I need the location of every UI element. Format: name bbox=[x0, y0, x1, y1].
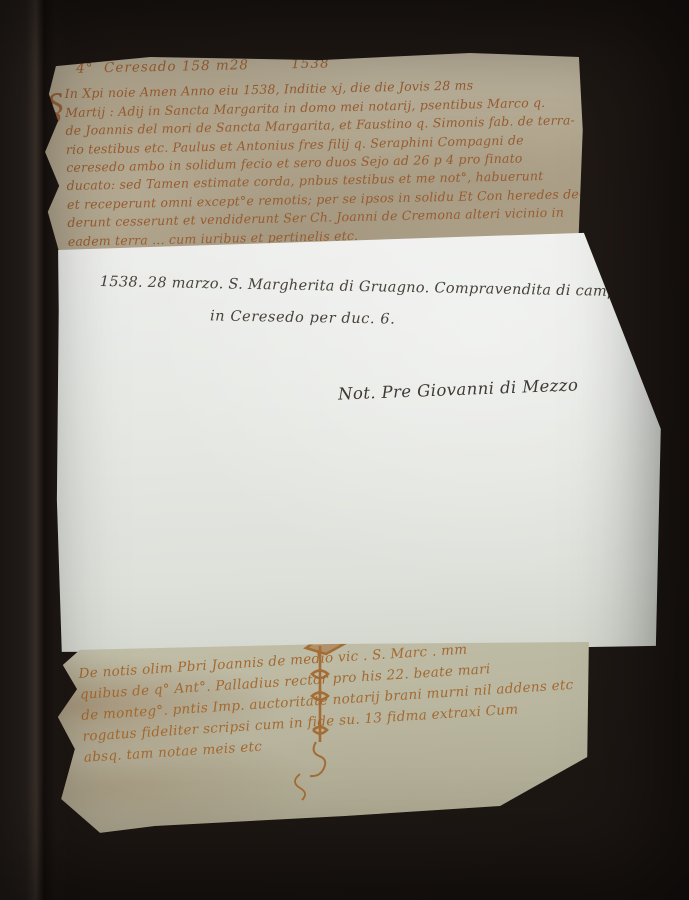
white-note: 1538. 28 marzo. S. Margherita di Gruagno… bbox=[52, 226, 662, 654]
parchment-heading: 4° Ceresado 158 m28 1538 bbox=[76, 49, 578, 78]
parchment-text-block: 4° Ceresado 158 m28 1538 In Xpi noie Ame… bbox=[64, 49, 582, 251]
binding-fold bbox=[0, 0, 56, 900]
bottom-fragment: De notis olim Pbri Joannis de medio vic … bbox=[48, 634, 596, 838]
note-regest-line-1: 1538. 28 marzo. S. Margherita di Gruagno… bbox=[100, 274, 645, 300]
note-signature: Not. Pre Giovanni di Mezzo bbox=[338, 375, 579, 403]
photo-canvas: § 4° Ceresado 158 m28 1538 In Xpi noie A… bbox=[0, 0, 689, 900]
notarial-sign-icon bbox=[286, 634, 356, 804]
top-parchment: § 4° Ceresado 158 m28 1538 In Xpi noie A… bbox=[44, 48, 586, 256]
note-regest-line-2: in Ceresedo per duc. 6. bbox=[210, 308, 396, 327]
